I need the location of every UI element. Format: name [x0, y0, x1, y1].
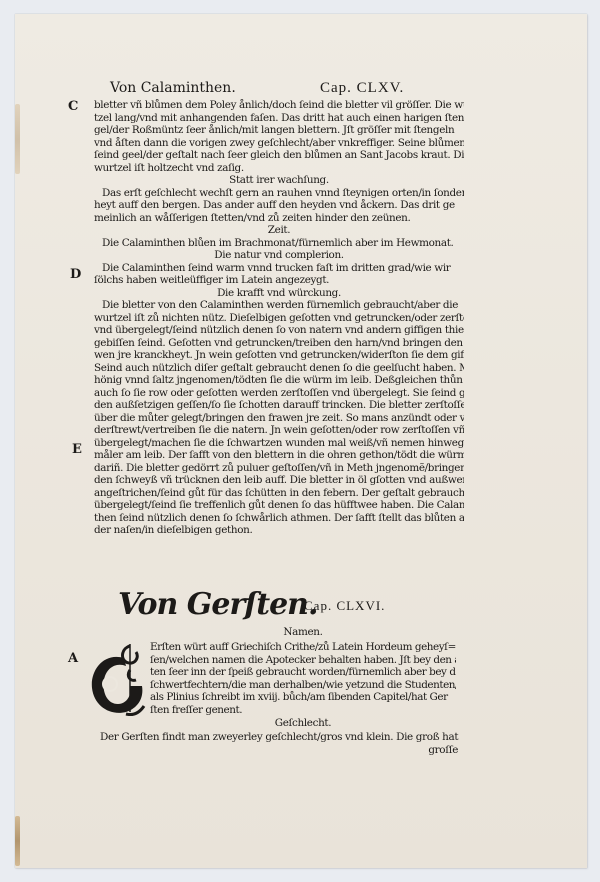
margin-letter-d: D [70, 267, 81, 282]
text-line: Die Calaminthen blůen im Brachmonat/fürn… [94, 237, 464, 250]
text-line: Erſten würt auff Griechiſch Crithe/zů La… [150, 641, 456, 654]
text-line: über die můter gelegt/bringen den frawen… [94, 412, 464, 425]
chapter166-names-body: Erſten würt auff Griechiſch Crithe/zů La… [150, 641, 456, 716]
text-line: Die bletter von den Calaminthen werden f… [94, 299, 464, 312]
section-heading: Zeit. [94, 224, 464, 237]
text-line: heyt auff den bergen. Das ander auff den… [94, 199, 464, 212]
text-line: auch ſo ſie row oder geſotten werden zer… [94, 387, 464, 400]
decorated-initial-g [86, 640, 150, 720]
margin-letter-c: C [68, 99, 78, 114]
section-heading: Namen. [150, 626, 456, 639]
text-line: vnd åſten dann die vorigen zwey geſchlec… [94, 137, 464, 150]
text-line: ſten freſſer genent. [150, 704, 456, 717]
text-line: tzel lang/vnd mit anhangenden faſen. Das… [94, 112, 464, 125]
text-line: der naſen/in dieſelbigen gethon. [94, 524, 464, 537]
text-line: übergelegt/machen ſie die ſchwartzen wun… [94, 437, 464, 450]
chapter-heading-166: Von Gerſten. Cap. CLXVI. [118, 588, 478, 622]
text-line: wen jre kranckheyt. Jn wein geſotten vnd… [94, 349, 464, 362]
ornamental-initial-icon [86, 640, 150, 720]
margin-letter-e: E [72, 442, 82, 457]
text-line: wurtzel iſt holtzecht vnd zaſig. [94, 162, 464, 175]
catchword: groſſe [100, 744, 458, 757]
text-line: dariñ. Die bletter gedörrt zů puluer geſ… [94, 462, 464, 475]
text-line: Seind auch nützlich diſer geſtalt gebrau… [94, 362, 464, 375]
chapter-title: Von Calaminthen. [110, 80, 236, 96]
text-line: ſen/welchen namen die Apotecker behalten… [150, 654, 456, 667]
text-line: als Plinius ſchreibt im xviij. bůch/am ſ… [150, 691, 456, 704]
paper-edge-stain [15, 104, 20, 174]
text-line: Das erſt geſchlecht wechſt gern an rauhe… [94, 187, 464, 200]
chapter-number: Cap. CLXVI. [304, 598, 385, 614]
chapter165-body: bletter vñ blůmen dem Poley ånlich/doch … [94, 99, 464, 537]
text-line: übergelegt/ſeind ſie treffenlich gůt den… [94, 499, 464, 512]
text-line: then ſeind nützlich denen ſo ſchwårlich … [94, 512, 464, 525]
text-line: den außſetzigen geſſen/ſo ſie ſchotten d… [94, 399, 464, 412]
text-line: ſchwertfechtern/die man derhalben/wie ye… [150, 679, 456, 692]
text-line: derſtrewt/vertreiben ſie die natern. Jn … [94, 424, 464, 437]
text-line: ſeind geel/der geſtalt nach ſeer gleich … [94, 149, 464, 162]
text-line: meinlich an wåſſerigen ſtetten/vnd zů ze… [94, 212, 464, 225]
section-heading: Geſchlecht. [150, 717, 456, 730]
chapter-title: Von Gerſten. [118, 588, 317, 622]
text-line: ten ſeer inn der ſpeiß gebraucht worden/… [150, 666, 456, 679]
text-line: måler am leib. Der ſafft von den bletter… [94, 449, 464, 462]
text-line: Der Gerſten findt man zweyerley geſchlec… [100, 731, 460, 744]
text-line: ſölchs haben weitleüffiger im Latein ang… [94, 274, 464, 287]
text-line: gebiſſen ſeind. Geſotten vnd getruncken/… [94, 337, 464, 350]
text-line: den ſchweyß vñ trücknen den leib auff. D… [94, 474, 464, 487]
section-heading: Die natur vnd complerion. [94, 249, 464, 262]
chapter-number: Cap. CLXV. [320, 80, 404, 97]
section-heading: Die krafft vnd würckung. [94, 287, 464, 300]
text-line: Die Calaminthen ſeind warm vnnd trucken … [94, 262, 464, 275]
text-line: gel/der Roßmüntz ſeer ånlich/mit langen … [94, 124, 464, 137]
section-heading: Statt irer wachſung. [94, 174, 464, 187]
paper-edge-stain [15, 816, 20, 866]
text-line: angeſtrichen/ſeind gůt für das ſchütten … [94, 487, 464, 500]
text-line: vnd übergelegt/ſeind nützlich denen ſo v… [94, 324, 464, 337]
margin-letter-a: A [68, 651, 78, 666]
text-line: hönig vnnd ſaltz jngenomen/tödten ſie di… [94, 374, 464, 387]
text-line: bletter vñ blůmen dem Poley ånlich/doch … [94, 99, 464, 112]
text-line: wurtzel iſt zů nichten nütz. Dieſelbigen… [94, 312, 464, 325]
